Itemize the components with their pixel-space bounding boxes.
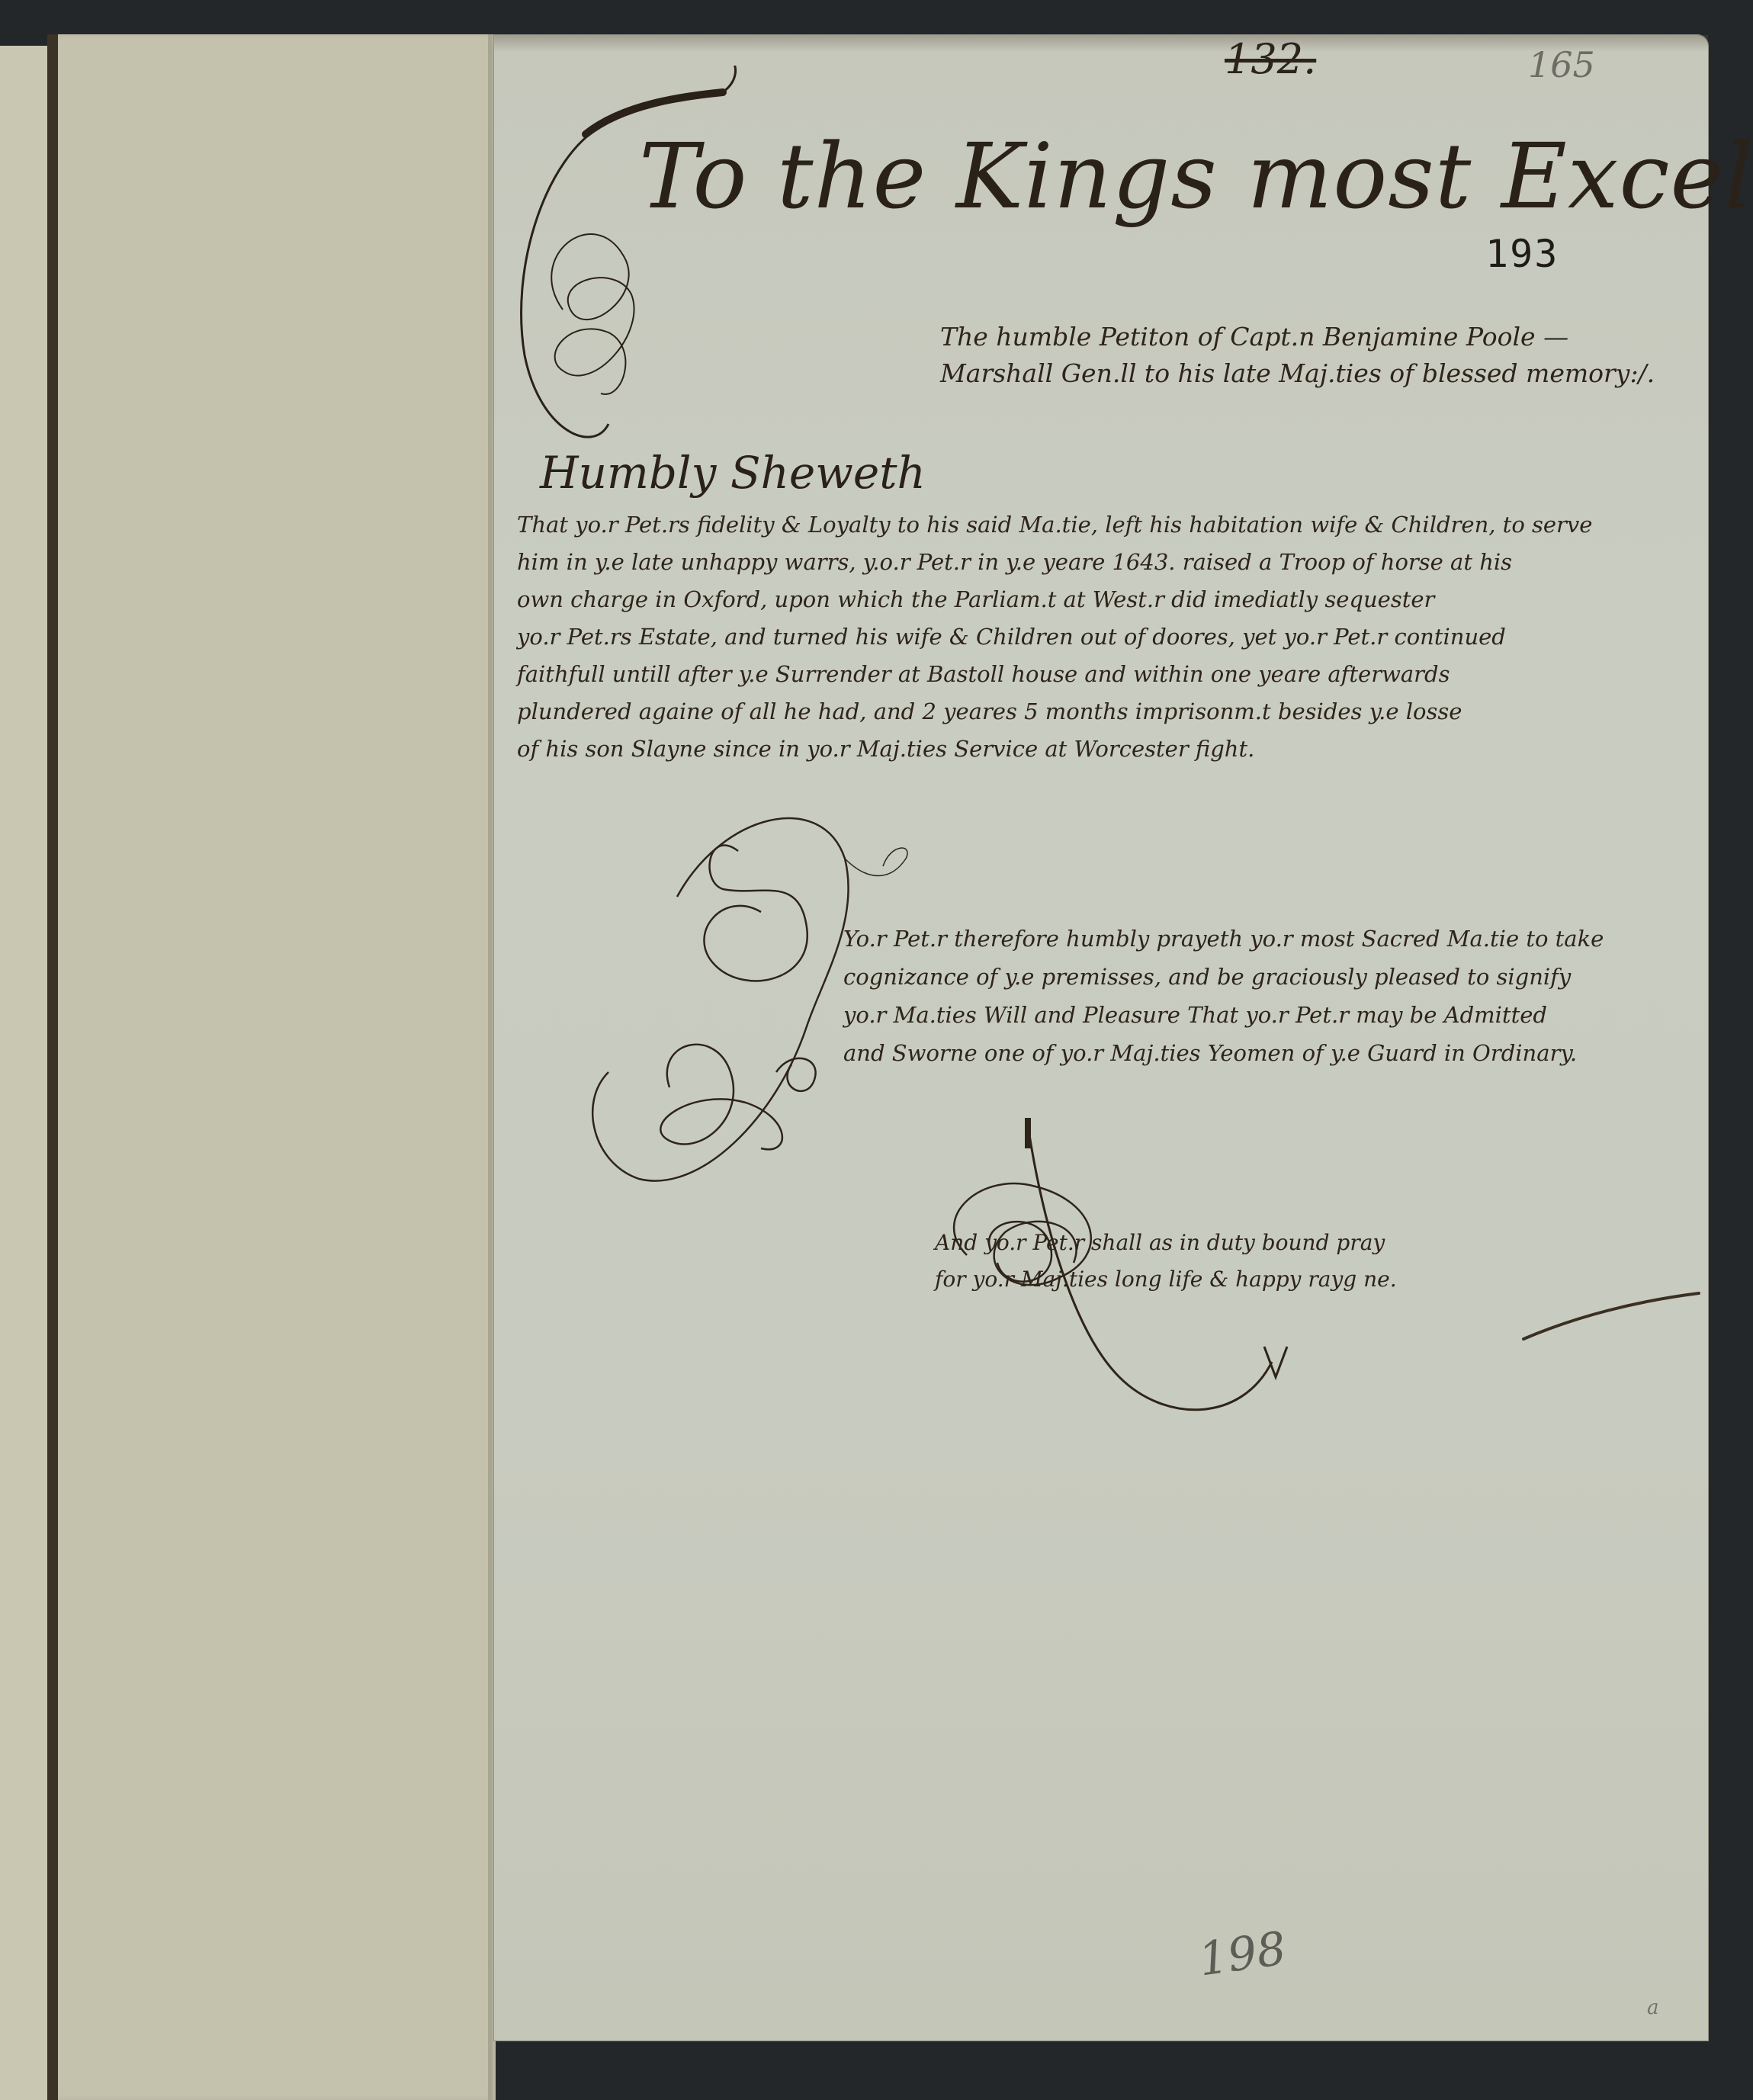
manuscript-page: 132. 165 193 To the Kings most Excelent … (494, 35, 1708, 2041)
petition-body: That yo.r Pet.rs fidelity & Loyalty to h… (517, 506, 1691, 768)
prayer-line: and Sworne one of yo.r Maj.ties Yeomen o… (843, 1034, 1697, 1072)
body-line: plundered againe of all he had, and 2 ye… (517, 693, 1691, 731)
pencil-bottom-number: 198 (1196, 1922, 1289, 1986)
body-line: own charge in Oxford, upon which the Par… (517, 581, 1691, 618)
prayer-line: cognizance of y.e premisses, and be grac… (843, 958, 1697, 996)
book-gutter (47, 34, 58, 2100)
body-line: That yo.r Pet.rs fidelity & Loyalty to h… (517, 506, 1691, 544)
pencil-folio-number: 165 (1528, 44, 1595, 85)
corner-pencil-mark: a (1647, 1996, 1659, 2019)
stamped-folio-number: 193 (1485, 232, 1559, 276)
body-line: faithfull untill after y.e Surrender at … (517, 656, 1691, 693)
salutation-humbly-sheweth: Humbly Sheweth (540, 447, 926, 499)
initial-a-flourish-icon (921, 1103, 1318, 1514)
body-line: of his son Slayne since in yo.r Maj.ties… (517, 731, 1691, 768)
closing-pen-stroke-icon (1516, 1286, 1706, 1347)
petition-title: To the Kings most Excelent Majestie (639, 124, 1753, 229)
prayer-line: yo.r Ma.ties Will and Pleasure That yo.r… (843, 996, 1697, 1034)
prayer-paragraph: Yo.r Pet.r therefore humbly prayeth yo.r… (843, 920, 1697, 1072)
top-edge-stain (494, 35, 1708, 52)
subtitle-line: The humble Petiton of Capt.n Benjamine P… (940, 319, 1672, 355)
petition-subtitle: The humble Petiton of Capt.n Benjamine P… (940, 319, 1672, 392)
flyleaf-fold (488, 34, 493, 2100)
body-line: yo.r Pet.rs Estate, and turned his wife … (517, 618, 1691, 656)
closing-line: And yo.r Pet.r shall as in duty bound pr… (935, 1225, 1697, 1261)
blank-flyleaf (58, 34, 496, 2100)
left-page-edge (0, 46, 49, 2100)
body-line: him in y.e late unhappy warrs, y.o.r Pet… (517, 544, 1691, 581)
struck-folio-number: 132. (1225, 35, 1316, 83)
subtitle-line: Marshall Gen.ll to his late Maj.ties of … (940, 355, 1672, 392)
prayer-line: Yo.r Pet.r therefore humbly prayeth yo.r… (843, 920, 1697, 958)
